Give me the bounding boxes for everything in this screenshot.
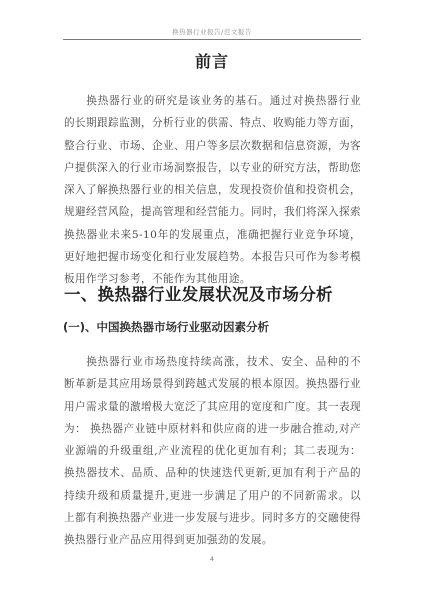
- subsection-heading: (一)、中国换热器市场行业驱动因素分析: [63, 319, 269, 335]
- page-number: 4: [0, 555, 424, 563]
- document-page: 换热器行业报告/范文报告 前言 换热器行业的研究是该业务的基石。通过对换热器行业…: [0, 0, 424, 600]
- intro-paragraph: 换热器行业的研究是该业务的基石。通过对换热器行业的长期跟踪监测，分析行业的供需、…: [64, 90, 361, 291]
- section-heading: 一、换热器行业发展状况及市场分析: [64, 284, 333, 306]
- running-header: 换热器行业报告/范文报告: [63, 27, 361, 37]
- drivers-paragraph: 换热器行业市场热度持续高涨，技术、安全、品种的不断革新是其应用场景得到跨越式发展…: [64, 351, 361, 552]
- page-title: 前言: [0, 52, 424, 72]
- header-divider: [63, 39, 361, 40]
